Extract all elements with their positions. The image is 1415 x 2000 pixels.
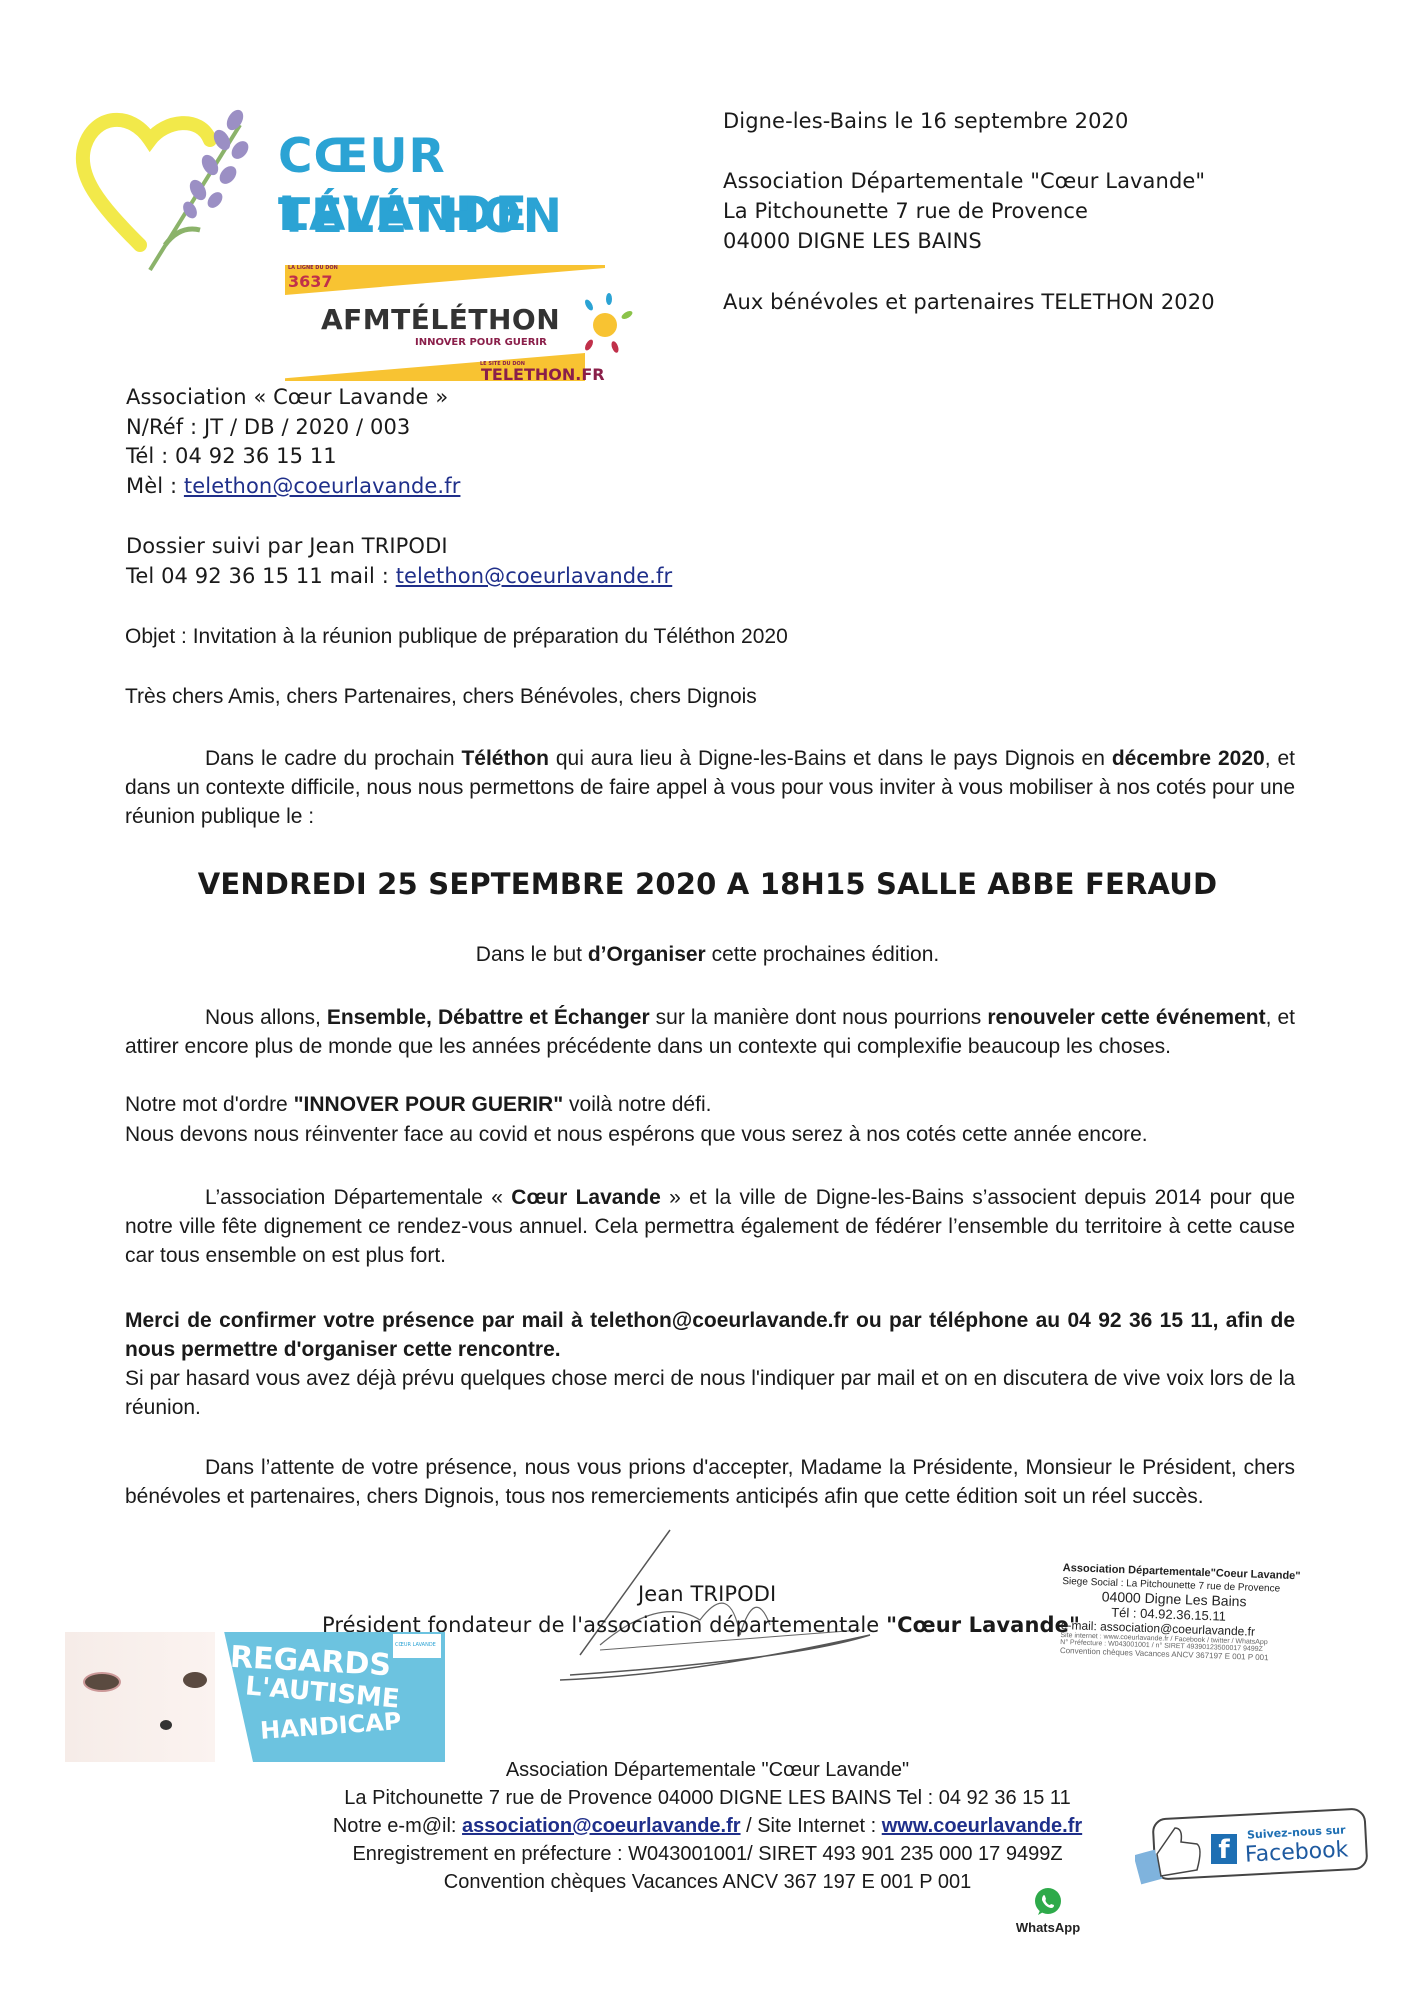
mail-line: Mèl : telethon@coeurlavande.fr (126, 472, 460, 501)
covid-line: Nous devons nous réinventer face au covi… (125, 1120, 1148, 1149)
afm-name: AFMTÉLÉTHON (321, 303, 560, 336)
followed-by: Dossier suivi par Jean TRIPODI (126, 532, 448, 561)
facebook-icon: f (1211, 1834, 1237, 1864)
facebook-follow-button[interactable]: f Suivez-nous sur Facebook (1135, 1808, 1365, 1878)
eye-left-icon (83, 1672, 121, 1692)
footer-email-label: Notre e-m@il: (333, 1815, 462, 1837)
p3-text-a: L’association Départementale « (205, 1186, 511, 1209)
logo: CŒUR LAVANDE TÉLÉTHON LA LIGNE DU DON 36… (70, 95, 710, 395)
p2-text-c: sur la manière dont nous pourrions (650, 1006, 988, 1029)
thumbs-up-icon (1135, 1818, 1205, 1888)
afm-tagline: INNOVER POUR GUERIR (415, 337, 547, 348)
contact-mail-link[interactable]: telethon@coeurlavande.fr (396, 564, 673, 588)
afm-sun-icon (575, 293, 635, 353)
whatsapp-label: WhatsApp (1008, 1920, 1088, 1935)
purpose-text-c: cette prochaines édition. (706, 943, 939, 966)
p1-bold-date: décembre 2020 (1112, 747, 1265, 770)
signatory-title-bold: "Cœur Lavande" (886, 1613, 1080, 1637)
whatsapp-icon (1032, 1886, 1064, 1918)
p2-text-a: Nous allons, (205, 1006, 327, 1029)
eye-right-icon (183, 1672, 207, 1688)
p3-bold-name: Cœur Lavande (511, 1186, 661, 1209)
signatory-name: Jean TRIPODI (638, 1580, 776, 1609)
afm-telethon-logo: LA LIGNE DU DON 3637 AFMTÉLÉTHON INNOVER… (285, 265, 705, 393)
association-label: Association « Cœur Lavande » (126, 383, 448, 412)
paragraph-ensemble: Nous allons, Ensemble, Débattre et Échan… (125, 1003, 1295, 1061)
banner-face-photo (65, 1632, 215, 1762)
heart-lavender-icon (70, 95, 270, 285)
afm-site: TELETHON.FR (481, 365, 605, 384)
contact-prefix: Tel 04 92 36 15 11 mail : (126, 564, 396, 588)
recipients: Aux bénévoles et partenaires TELETHON 20… (723, 288, 1215, 317)
banner-small-logo: CŒUR LAVANDE (393, 1634, 441, 1658)
purpose-text-a: Dans le but (476, 943, 588, 966)
mail-link[interactable]: telethon@coeurlavande.fr (184, 474, 461, 498)
salutation: Très chers Amis, chers Partenaires, cher… (125, 682, 757, 711)
motto-text-c: voilà notre défi. (563, 1093, 711, 1116)
footer-email-link[interactable]: association@coeurlavande.fr (462, 1815, 741, 1837)
footer-name: Association Départementale "Cœur Lavande… (0, 1756, 1415, 1784)
footer-site-label: / Site Internet : (741, 1815, 882, 1837)
paragraph-intro: Dans le cadre du prochain Téléthon qui a… (125, 744, 1295, 831)
logo-title-line2: TÉLÉTHON (278, 188, 563, 246)
subject: Objet : Invitation à la réunion publique… (125, 622, 788, 651)
association-stamp: Association Départementale"Coeur Lavande… (1060, 1562, 1323, 1664)
confirm-paragraph: Merci de confirmer votre présence par ma… (125, 1306, 1295, 1364)
reference: N/Réf : JT / DB / 2020 / 003 (126, 413, 410, 442)
nose-icon (160, 1720, 172, 1730)
whatsapp-link[interactable]: WhatsApp (1008, 1886, 1088, 1946)
p2-bold-ensemble: Ensemble, Débattre et Échanger (327, 1006, 650, 1029)
paragraph-association: L’association Départementale « Cœur Lava… (125, 1183, 1295, 1270)
purpose-bold: d’Organiser (588, 943, 706, 966)
afm-phone-number: 3637 (288, 272, 333, 291)
p1-text-a: Dans le cadre du prochain (205, 747, 461, 770)
sender-name: Association Départementale "Cœur Lavande… (723, 167, 1205, 196)
sender-city: 04000 DIGNE LES BAINS (723, 227, 982, 256)
p2-bold-renouveler: renouveler cette événement (987, 1006, 1265, 1029)
footer-site-link[interactable]: www.coeurlavande.fr (882, 1815, 1082, 1837)
motto-line: Notre mot d'ordre "INNOVER POUR GUERIR" … (125, 1090, 711, 1119)
event-headline: VENDREDI 25 SEPTEMBRE 2020 A 18H15 SALLE… (0, 867, 1415, 901)
autism-banner: REGARDS L'AUTISME HANDICAP CŒUR LAVANDE (65, 1632, 445, 1762)
already-paragraph: Si par hasard vous avez déjà prévu quelq… (125, 1364, 1295, 1422)
phone: Tél : 04 92 36 15 11 (126, 442, 337, 471)
sender-address: La Pitchounette 7 rue de Provence (723, 197, 1088, 226)
p1-text-c: qui aura lieu à Digne-les-Bains et dans … (549, 747, 1112, 770)
motto-text-a: Notre mot d'ordre (125, 1093, 294, 1116)
contact-line: Tel 04 92 36 15 11 mail : telethon@coeur… (126, 562, 672, 591)
banner-small-logo-text: CŒUR LAVANDE (393, 1634, 441, 1656)
motto-bold: "INNOVER POUR GUERIR" (294, 1093, 564, 1116)
purpose-line: Dans le but d’Organiser cette prochaines… (0, 940, 1415, 969)
mail-label: Mèl : (126, 474, 184, 498)
afm-phone-label: LA LIGNE DU DON (288, 265, 338, 271)
closing-paragraph: Dans l’attente de votre présence, nous v… (125, 1453, 1295, 1511)
p1-bold-telethon: Téléthon (461, 747, 549, 770)
date-line: Digne-les-Bains le 16 septembre 2020 (723, 107, 1128, 136)
